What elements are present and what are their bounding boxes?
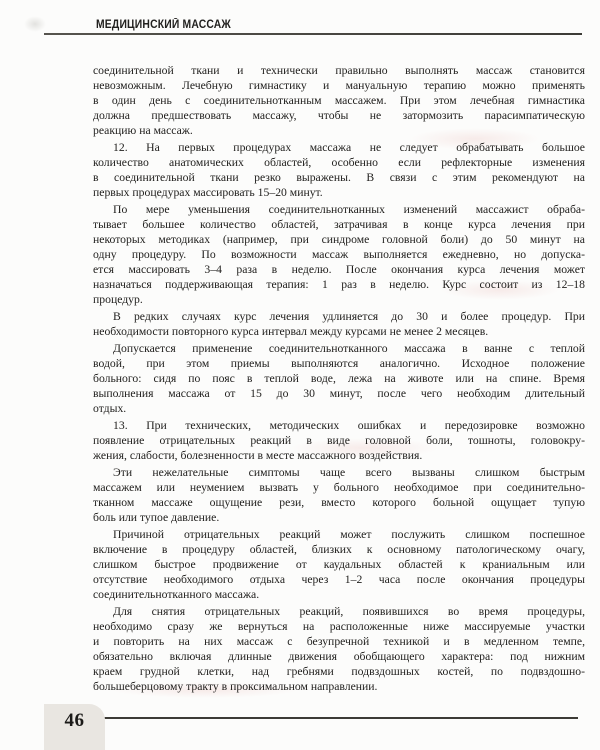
text-line: количество анатомических областей, особе…	[93, 155, 585, 170]
text-line: обязательно включая длинные движения обо…	[93, 649, 585, 664]
text-line: одну процедуру. По возможности массаж вы…	[93, 247, 585, 262]
footer-rule	[104, 717, 578, 719]
text-line: 12. На первых процедурах массажа не след…	[93, 140, 585, 155]
text-line: ется массировать 3–4 раза в неделю. Посл…	[93, 262, 585, 277]
text-line: отсутствие необходимого отдыха через 1–2…	[93, 572, 585, 587]
text-line: необходимо сразу же вернуться на располо…	[93, 619, 585, 634]
text-line: жения, слабости, болезненности в месте м…	[93, 448, 585, 463]
text-line: По мере уменьшения соединительнотканных …	[93, 202, 585, 217]
text-line: Эти нежелательные симптомы чаще всего вы…	[93, 465, 585, 480]
text-line: включение в процедуру областей, близких …	[93, 542, 585, 557]
scan-smudge	[24, 16, 46, 32]
text-line: массажем или неумением вызвать у больног…	[93, 480, 585, 495]
page-number: 46	[65, 710, 85, 732]
text-line: больного: сидя по пояс в теплой воде, ле…	[93, 371, 585, 386]
page-text: соединительной ткани и технически правил…	[93, 63, 585, 694]
text-line: Причиной отрицательных реакций может пос…	[93, 527, 585, 542]
text-line: Для снятия отрицательных реакций, появив…	[93, 604, 585, 619]
text-line: большеберцовому тракту в проксимальном н…	[93, 679, 585, 694]
text-line: реакцию на массаж.	[93, 123, 585, 138]
running-head: МЕДИЦИНСКИЙ МАССАЖ	[96, 19, 231, 31]
paragraph: По мере уменьшения соединительнотканных …	[93, 202, 585, 307]
text-line: выполнения массажа от 15 до 30 минут, по…	[93, 386, 585, 401]
page-number-tab: 46	[44, 704, 105, 750]
text-line: в соединительной ткани резко выражены. В…	[93, 170, 585, 185]
text-line: 13. При технических, методических ошибка…	[93, 418, 585, 433]
text-line: появление отрицательных реакций в виде г…	[93, 433, 585, 448]
paragraph: 12. На первых процедурах массажа не след…	[93, 140, 585, 200]
text-line: слишком быстрое продвижение от каудальны…	[93, 557, 585, 572]
text-line: водой, при этом приемы выполняются анало…	[93, 356, 585, 371]
paragraph: Допускается применение соединительноткан…	[93, 341, 585, 416]
text-line: невозможным. Лечебную гимнастику и мануа…	[93, 78, 585, 93]
text-line: некоторых методиках (например, при синдр…	[93, 232, 585, 247]
text-line: краем грудной клетки, над гребнями подвз…	[93, 664, 585, 679]
paragraph: 13. При технических, методических ошибка…	[93, 418, 585, 463]
text-line: тканном массаже ощущение рези, вместо ко…	[93, 495, 585, 510]
header-rule	[44, 33, 582, 35]
paragraph: соединительной ткани и технически правил…	[93, 63, 585, 138]
text-line: Допускается применение соединительноткан…	[93, 341, 585, 356]
text-line: процедур.	[93, 292, 585, 307]
text-line: назначаться поддерживающая терапия: 1 ра…	[93, 277, 585, 292]
paragraph: Для снятия отрицательных реакций, появив…	[93, 604, 585, 694]
text-line: первых процедурах массировать 15–20 мину…	[93, 185, 585, 200]
text-line: и повторить на них массаж с безупречной …	[93, 634, 585, 649]
text-line: соединительнотканного массажа.	[93, 587, 585, 602]
text-line: боль или тупое давление.	[93, 510, 585, 525]
text-line: отдых.	[93, 401, 585, 416]
paragraph: Эти нежелательные симптомы чаще всего вы…	[93, 465, 585, 525]
text-line: в один день с соединительнотканным масса…	[93, 93, 585, 108]
text-line: В редких случаях курс лечения удлиняется…	[93, 309, 585, 324]
text-line: должна предшествовать массажу, чтобы не …	[93, 108, 585, 123]
text-line: тывает большее количество областей, затр…	[93, 217, 585, 232]
text-line: необходимости повторного курса интервал …	[93, 324, 585, 339]
text-line: соединительной ткани и технически правил…	[93, 63, 585, 78]
book-page-scan: МЕДИЦИНСКИЙ МАССАЖ соединительной ткани …	[0, 0, 600, 750]
paragraph: Причиной отрицательных реакций может пос…	[93, 527, 585, 602]
paragraph: В редких случаях курс лечения удлиняется…	[93, 309, 585, 339]
